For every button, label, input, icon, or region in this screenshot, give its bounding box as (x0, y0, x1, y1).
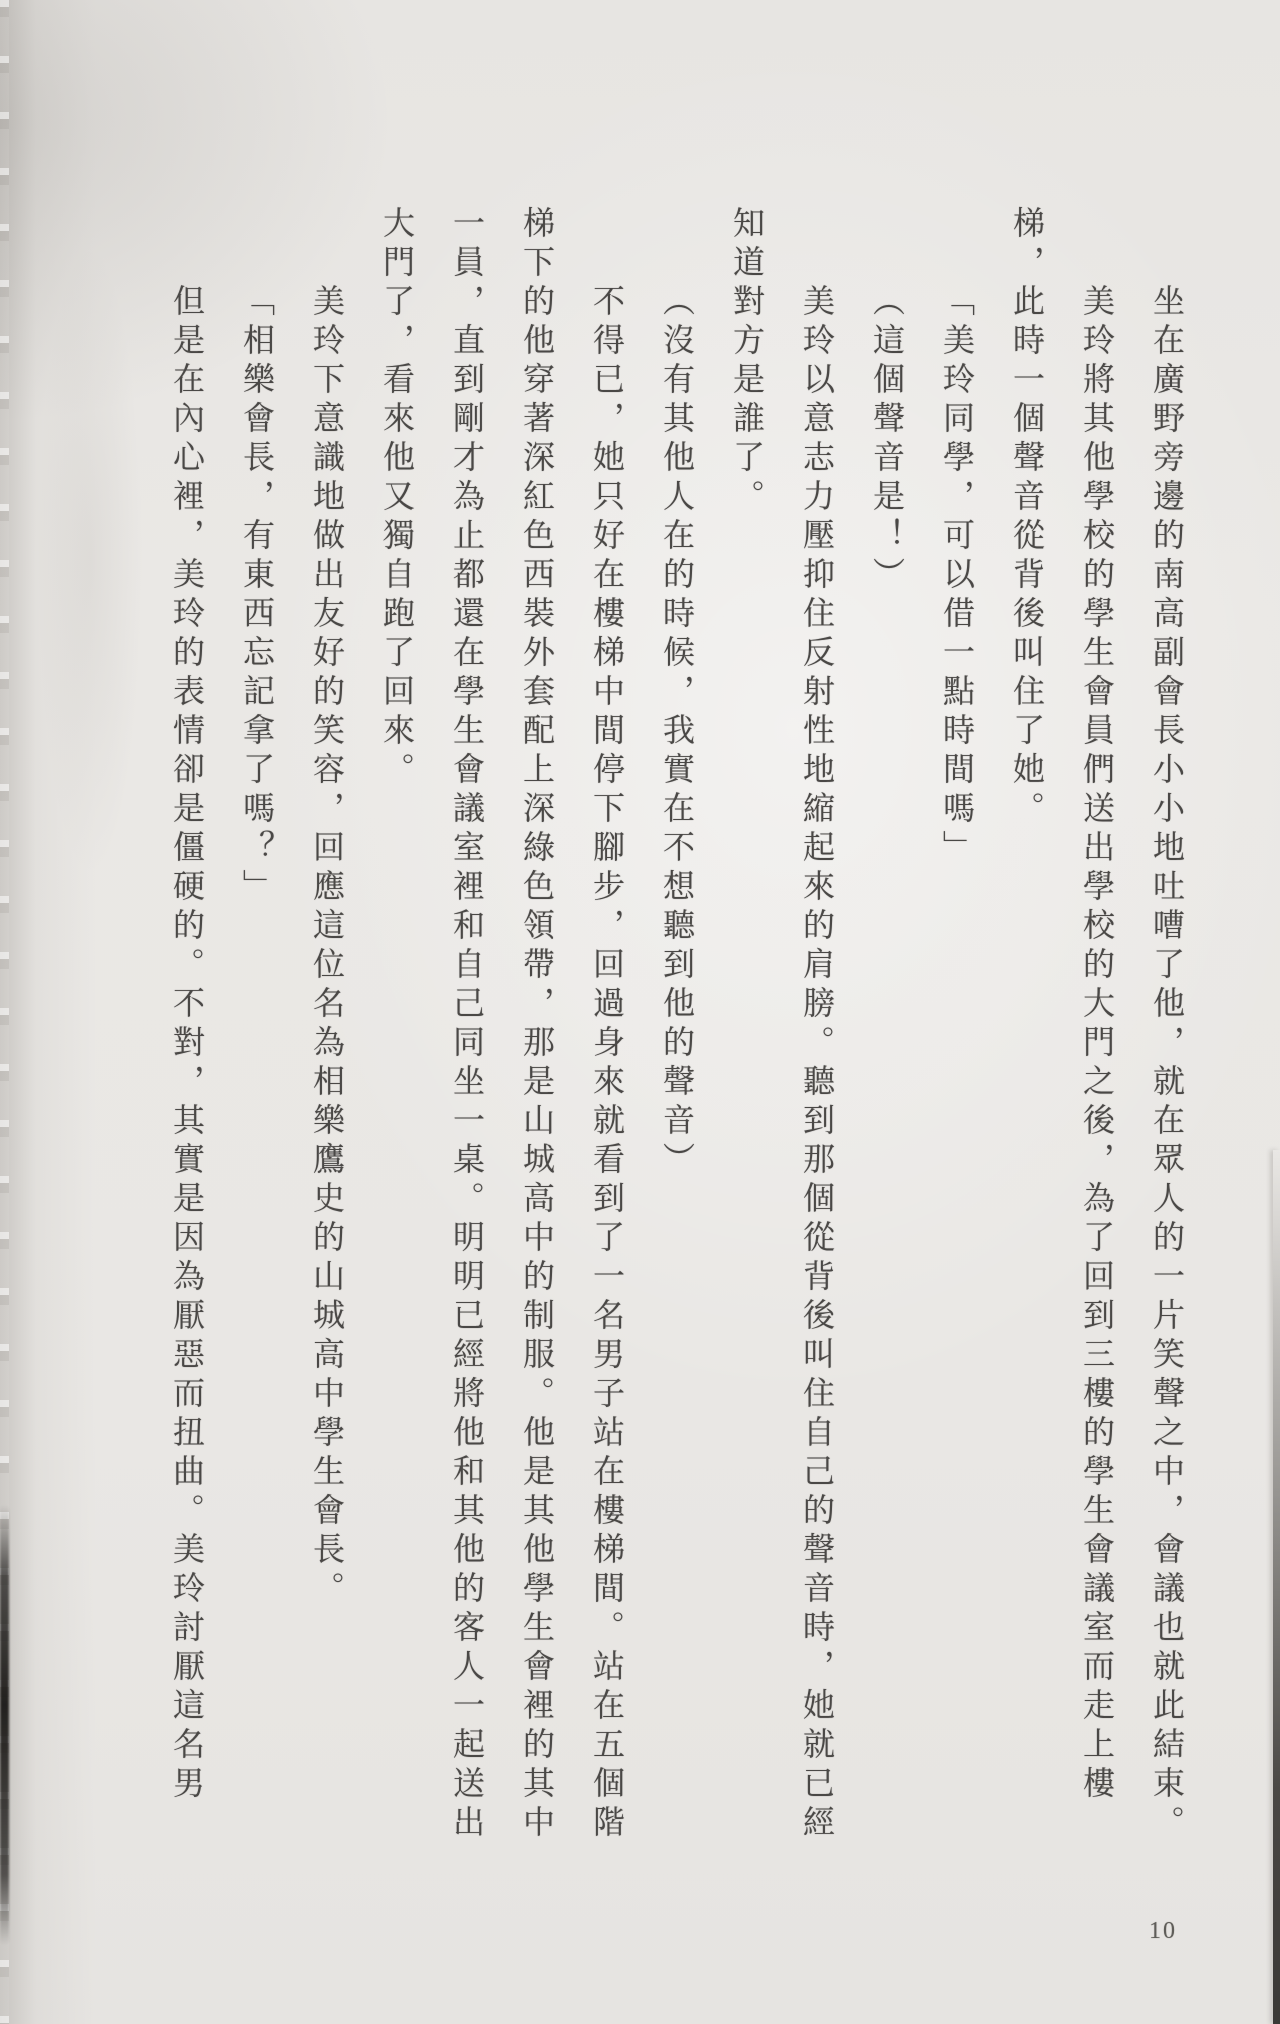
text-column-10: 梯下的他穿著深紅色西裝外套配上深綠色領帶，那是山城高中的制服。他是其他學生會裡的… (502, 206, 572, 1886)
text-column-4: 「美玲同學，可以借一點時間嗎」 (922, 206, 992, 1886)
text-column-1: 坐在廣野旁邊的南高副會長小小地吐嘈了他，就在眾人的一片笑聲之中，會議也就此結束。 (1132, 206, 1202, 1886)
text-column-14: 「相樂會長，有東西忘記拿了嗎？」 (222, 206, 292, 1886)
text-column-5: （這個聲音是！） (852, 206, 922, 1886)
text-column-11: 一員，直到剛才為止都還在學生會議室裡和自己同坐一桌。明明已經將他和其他的客人一起… (432, 206, 502, 1886)
text-column-15: 但是在內心裡，美玲的表情卻是僵硬的。不對，其實是因為厭惡而扭曲。美玲討厭這名男 (152, 206, 222, 1886)
text-column-3: 梯，此時一個聲音從背後叫住了她。 (992, 206, 1062, 1886)
text-column-8: （沒有其他人在的時候，我實在不想聽到他的聲音） (642, 206, 712, 1886)
binding-dark-band (0, 1505, 9, 1945)
text-column-12: 大門了，看來他又獨自跑了回來。 (362, 206, 432, 1886)
text-column-6: 美玲以意志力壓抑住反射性地縮起來的肩膀。聽到那個從背後叫住自己的聲音時，她就已經 (782, 206, 852, 1886)
text-column-13: 美玲下意識地做出友好的笑容，回應這位名為相樂鷹史的山城高中學生會長。 (292, 206, 362, 1886)
text-column-2: 美玲將其他學校的學生會員們送出學校的大門之後，為了回到三樓的學生會議室而走上樓 (1062, 206, 1132, 1886)
page-number: 10 (1149, 1918, 1177, 1945)
main-text: 坐在廣野旁邊的南高副會長小小地吐嘈了他，就在眾人的一片笑聲之中，會議也就此結束。… (152, 206, 1202, 1886)
book-page-scan: 坐在廣野旁邊的南高副會長小小地吐嘈了他，就在眾人的一片笑聲之中，會議也就此結束。… (0, 0, 1280, 2024)
binding-shadow (0, 0, 100, 2024)
text-column-9: 不得已，她只好在樓梯中間停下腳步，回過身來就看到了一名男子站在樓梯間。站在五個階 (572, 206, 642, 1886)
text-column-7: 知道對方是誰了。 (712, 206, 782, 1886)
scan-edge-right (1273, 1150, 1280, 2024)
